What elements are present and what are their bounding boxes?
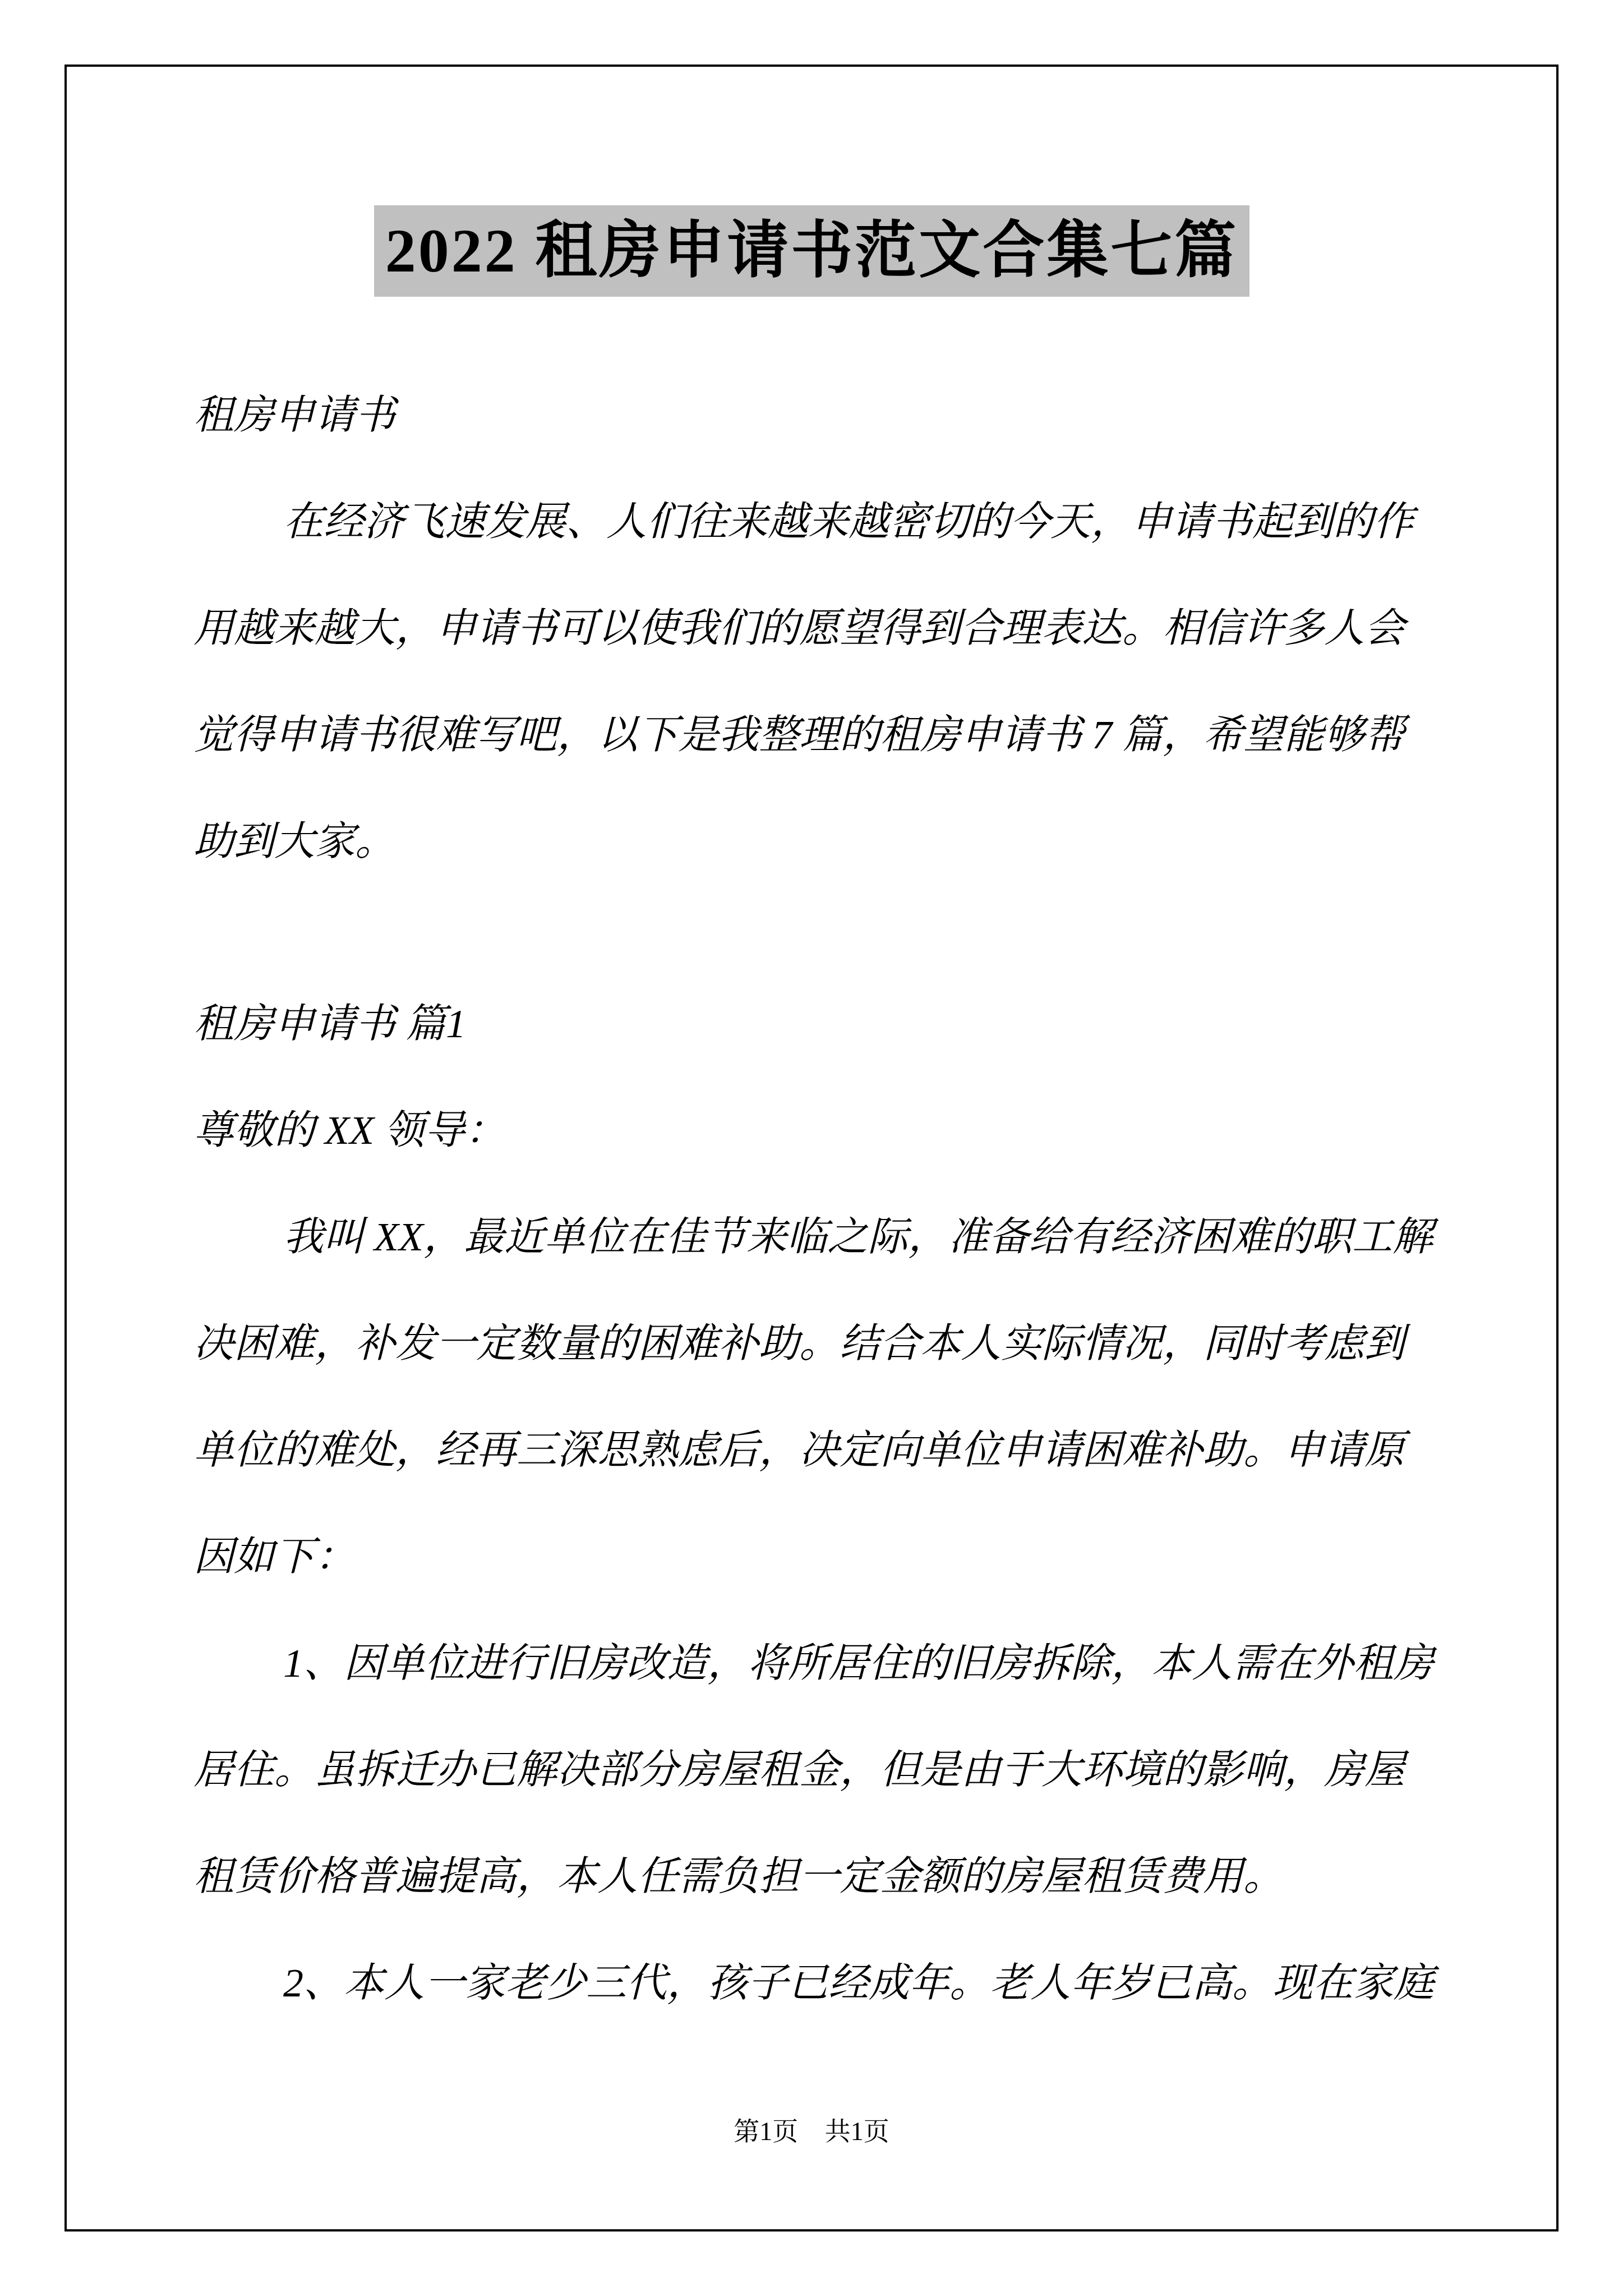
paragraph-line: 我叫 XX，最近单位在佳节来临之际，准备给有经济困难的职工解 [193, 1184, 1436, 1290]
footer-total-pages: 共1页 [825, 2117, 889, 2146]
list-item-line: 2、本人一家老少三代，孩子已经成年。老人年岁已高。现在家庭 [193, 1930, 1436, 2036]
document-title: 2022 租房申请书范文合集七篇 [374, 205, 1250, 297]
paragraph-line: 觉得申请书很难写吧，以下是我整理的租房申请书 7 篇，希望能够帮 [193, 682, 1436, 788]
paragraph-line: 因如下： [193, 1503, 1436, 1610]
paragraph-line: 决困难，补发一定数量的困难补助。结合本人实际情况，同时考虑到 [193, 1290, 1436, 1397]
section-heading: 租房申请书 篇1 [193, 970, 1436, 1077]
paragraph-line: 租房申请书 [193, 362, 1436, 468]
paragraph-line: 租赁价格普遍提高，本人任需负担一定金额的房屋租赁费用。 [193, 1823, 1436, 1930]
paragraph-line: 用越来越大，申请书可以使我们的愿望得到合理表达。相信许多人会 [193, 575, 1436, 682]
title-row: 2022 租房申请书范文合集七篇 [191, 205, 1433, 297]
page-footer: 第1页 共1页 [0, 2116, 1623, 2147]
paragraph-line: 单位的难处，经再三深思熟虑后，决定向单位申请困难补助。申请原 [193, 1397, 1436, 1503]
salutation-line: 尊敬的 XX 领导： [193, 1077, 1436, 1184]
section-1-paragraphs: 租房申请书 篇1 尊敬的 XX 领导： 我叫 XX，最近单位在佳节来临之际，准备… [193, 970, 1436, 2036]
paragraph-line: 助到大家。 [193, 788, 1436, 895]
list-item-line: 1、因单位进行旧房改造，将所居住的旧房拆除，本人需在外租房 [193, 1610, 1436, 1717]
document-page: 2022 租房申请书范文合集七篇 租房申请书 在经济飞速发展、人们往来越来越密切… [0, 0, 1623, 2296]
footer-current-page: 第1页 [734, 2117, 798, 2146]
paragraph-line: 在经济飞速发展、人们往来越来越密切的今天，申请书起到的作 [193, 468, 1436, 575]
intro-paragraph: 租房申请书 在经济飞速发展、人们往来越来越密切的今天，申请书起到的作 用越来越大… [193, 362, 1436, 895]
paragraph-line: 居住。虽拆迁办已解决部分房屋租金，但是由于大环境的影响，房屋 [193, 1717, 1436, 1823]
